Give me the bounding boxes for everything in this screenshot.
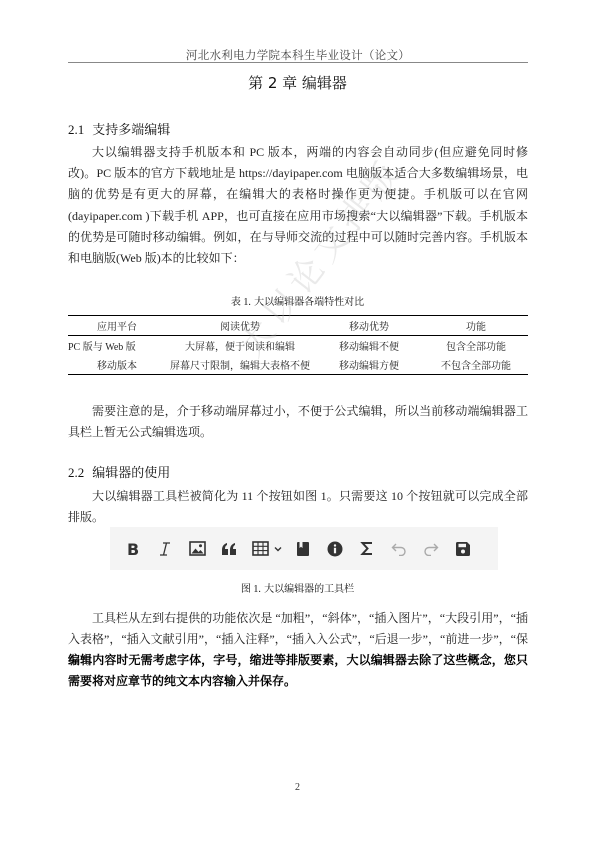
block-quote-button[interactable] xyxy=(218,538,240,560)
section-title: 编辑器的使用 xyxy=(92,466,170,481)
insert-table-button[interactable] xyxy=(250,538,284,560)
table-caption: 表 1. 大以编辑器各端特性对比 xyxy=(0,293,595,308)
table-cell: 屏幕尺寸限制，编辑大表格不便 xyxy=(166,355,314,375)
section-number: 2.1 xyxy=(68,122,84,137)
quote-icon xyxy=(221,542,237,556)
image-icon xyxy=(189,541,206,556)
table-cell: 不包含全部功能 xyxy=(424,355,528,375)
table-header-cell: 应用平台 xyxy=(68,316,166,336)
document-page: 河北水利电力学院本科生毕业设计（论文） 第 2 章 编辑器 2.1支持多端编辑 … xyxy=(0,0,595,842)
table-header-cell: 阅读优势 xyxy=(166,316,314,336)
insert-note-button[interactable] xyxy=(324,538,346,560)
figure-caption-prefix: 图 1. xyxy=(241,584,261,595)
svg-text:B: B xyxy=(127,541,139,557)
save-button[interactable] xyxy=(452,538,474,560)
insert-citation-button[interactable] xyxy=(292,538,314,560)
table-row: 移动版本 屏幕尺寸限制，编辑大表格不便 移动编辑方便 不包含全部功能 xyxy=(68,355,528,375)
save-icon xyxy=(455,541,471,557)
undo-button[interactable] xyxy=(388,538,410,560)
info-icon xyxy=(327,541,343,557)
bold-button[interactable]: B xyxy=(122,538,144,560)
table-cell: 大屏幕，便于阅读和编辑 xyxy=(166,336,314,356)
section-heading-2-2: 2.2编辑器的使用 xyxy=(68,462,170,481)
table-cell: 移动编辑方便 xyxy=(314,355,424,375)
insert-image-button[interactable] xyxy=(186,538,208,560)
figure-caption: 图 1. 大以编辑器的工具栏 xyxy=(0,580,595,595)
figure-caption-text: 大以编辑器的工具栏 xyxy=(264,584,354,595)
insert-formula-button[interactable] xyxy=(356,538,378,560)
table-cell: PC 版与 Web 版 xyxy=(68,336,166,356)
table-cell: 移动版本 xyxy=(68,355,166,375)
paragraph-toolbar-intro: 大以编辑器工具栏被简化为 11 个按钮如图 1。只需要这 10 个按钮就可以完成… xyxy=(68,486,528,528)
paragraph-bold-note: 编辑内容时无需考虑字体，字号，缩进等排版要素，大以编辑器去除了这些概念，您只需要… xyxy=(68,650,528,692)
running-header: 河北水利电力学院本科生毕业设计（论文） xyxy=(68,47,528,63)
book-icon xyxy=(296,541,310,557)
chevron-down-icon xyxy=(273,545,283,553)
section-title: 支持多端编辑 xyxy=(92,123,170,138)
italic-button[interactable] xyxy=(154,538,176,560)
table-cell: 移动编辑不便 xyxy=(314,336,424,356)
sigma-icon xyxy=(360,541,374,556)
redo-button[interactable] xyxy=(420,538,442,560)
header-rule xyxy=(68,62,528,63)
table-caption-text: 大以编辑器各端特性对比 xyxy=(254,297,364,308)
paragraph-mobile-note: 需要注意的是，介于移动端屏幕过小，不便于公式编辑，所以当前移动端编辑器工具栏上暂… xyxy=(68,401,528,443)
table-cell: 包含全部功能 xyxy=(424,336,528,356)
italic-icon xyxy=(157,541,173,557)
section-number: 2.2 xyxy=(68,465,84,480)
section-heading-2-1: 2.1支持多端编辑 xyxy=(68,119,170,138)
table-icon xyxy=(252,541,269,556)
editor-toolbar: B xyxy=(110,527,498,570)
bold-icon: B xyxy=(125,541,141,557)
comparison-table: 应用平台 阅读优势 移动优势 功能 PC 版与 Web 版 大屏幕，便于阅读和编… xyxy=(68,315,528,375)
table-header-cell: 功能 xyxy=(424,316,528,336)
paragraph-multi-platform: 大以编辑器支持手机版本和 PC 版本，两端的内容会自动同步(但应避免同时修改)。… xyxy=(68,142,528,269)
redo-icon xyxy=(423,542,439,556)
table-row: PC 版与 Web 版 大屏幕，便于阅读和编辑 移动编辑不便 包含全部功能 xyxy=(68,336,528,356)
table-caption-prefix: 表 1. xyxy=(231,297,251,308)
table-header-cell: 移动优势 xyxy=(314,316,424,336)
undo-icon xyxy=(391,542,407,556)
table-header-row: 应用平台 阅读优势 移动优势 功能 xyxy=(68,316,528,336)
page-number: 2 xyxy=(0,782,595,793)
chapter-title: 第 2 章 编辑器 xyxy=(0,72,595,93)
